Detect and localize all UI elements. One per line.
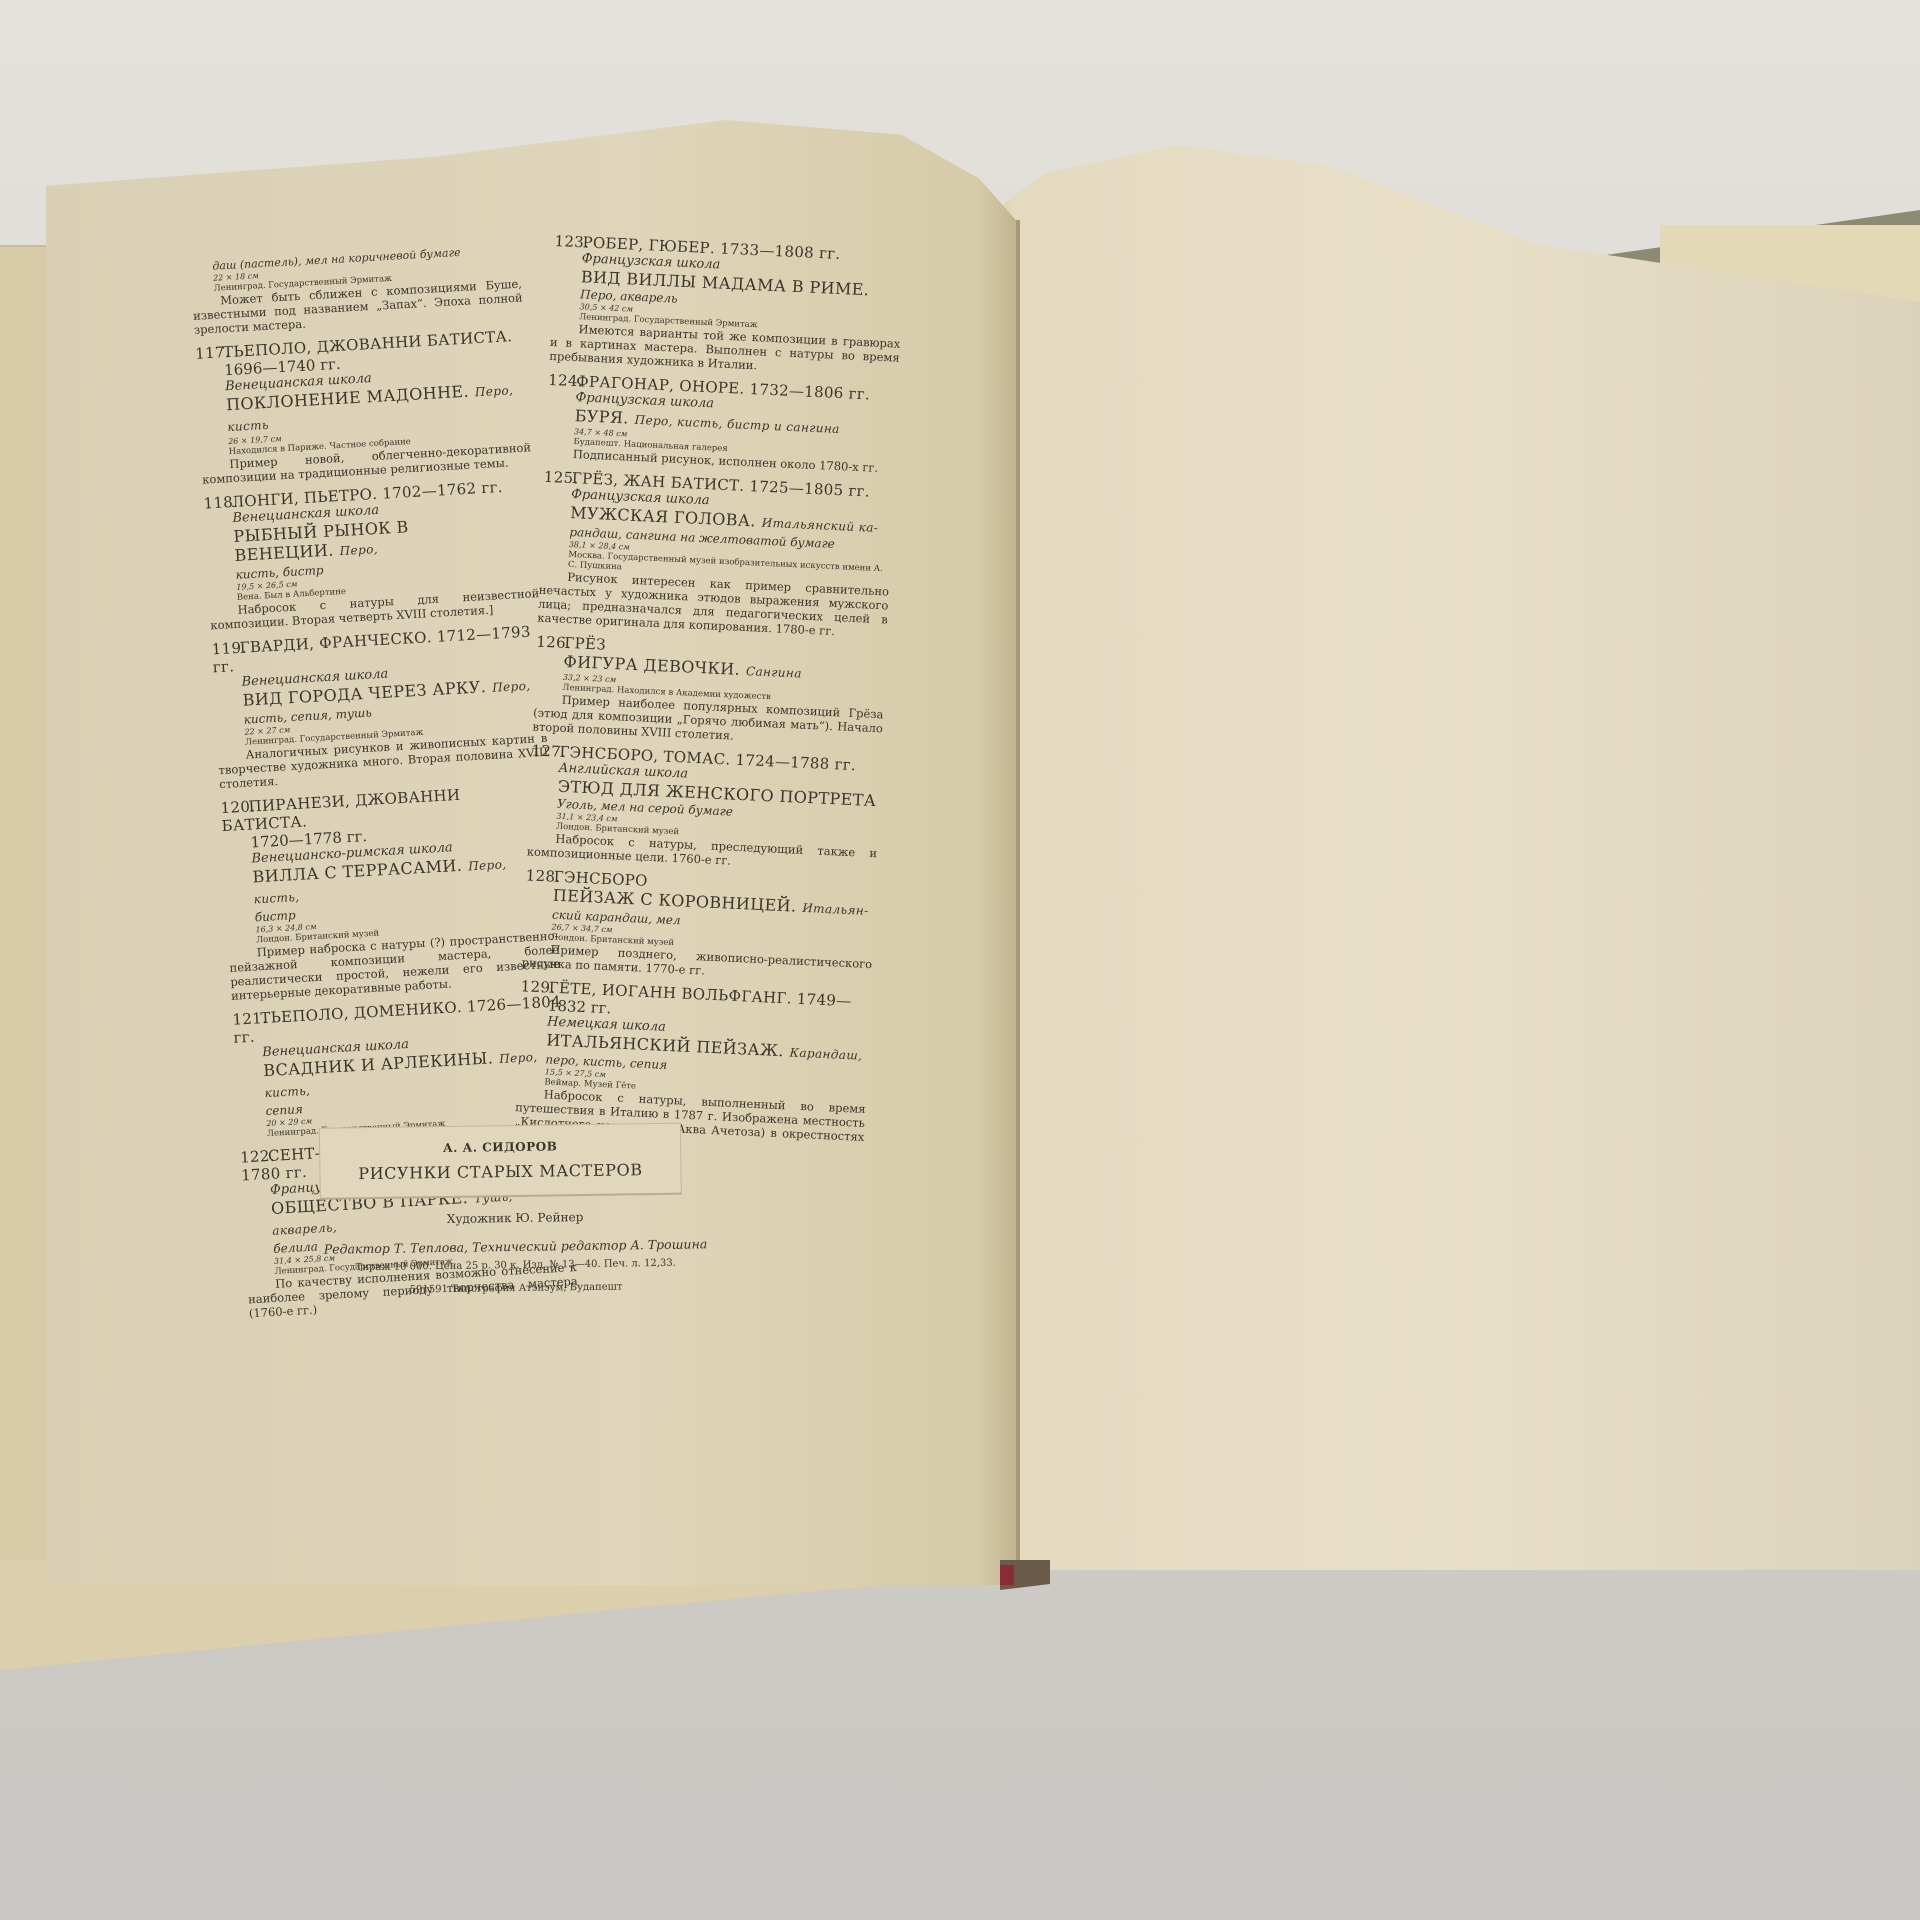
catalog-entry-127: 127.ГЭНСБОРО, ТОМАС. 1724—1788 гг. Англи… — [527, 741, 882, 874]
catalog-entry-120: 120.ПИРАНЕЗИ, ДЖОВАННИ БАТИСТА. 1720—177… — [220, 781, 561, 1003]
headband — [1000, 1565, 1014, 1585]
catalog-entry-117: 117.ТЬЕПОЛО, ДЖОВАННИ БАТИСТА. 1696—1740… — [195, 326, 532, 486]
editors-credit: Редактор Т. Теплова, Технический редакто… — [290, 1236, 740, 1257]
book-title: РИСУНКИ СТАРЫХ МАСТЕРОВ — [330, 1160, 670, 1184]
catalog-entry-128: 128.ГЭНСБОРО ПЕЙЗАЖ С КОРОВНИЦЕЙ.Итальян… — [522, 866, 876, 985]
right-column: 123.РОБЕР, ГЮБЕР. 1733—1808 гг. Французс… — [513, 232, 904, 1166]
book-author: А. А. СИДОРОВ — [330, 1138, 670, 1157]
entry-number: 121. — [232, 1009, 261, 1029]
entry-medium: Карандаш, — [789, 1045, 862, 1062]
entry-number: 118. — [203, 493, 232, 513]
entry-number: 117. — [195, 343, 224, 363]
entry-number: 129. — [520, 977, 549, 996]
entry-author: ГРЁЗ — [564, 634, 606, 654]
colophon: А. А. СИДОРОВ РИСУНКИ СТАРЫХ МАСТЕРОВ Ху… — [289, 1122, 741, 1297]
entry-number: 126. — [536, 633, 565, 652]
entry-number: 119. — [211, 639, 240, 659]
entry-number: 120. — [220, 798, 249, 818]
book-gutter — [1016, 220, 1020, 1570]
entry-medium: Перо, — [339, 542, 378, 558]
artist-credit: Художник Ю. Рейнер — [290, 1208, 740, 1228]
entry-medium: Итальян- — [802, 901, 869, 918]
catalog-entry-123: 123.РОБЕР, ГЮБЕР. 1733—1808 гг. Французс… — [549, 232, 905, 379]
entry-number: 122. — [240, 1147, 269, 1167]
entry-number: 125. — [543, 468, 572, 487]
right-blank-page — [968, 145, 1920, 1570]
entry-title: БУРЯ. — [574, 406, 629, 427]
title-box: А. А. СИДОРОВ РИСУНКИ СТАРЫХ МАСТЕРОВ — [319, 1123, 682, 1200]
catalog-entry-118: 118.ЛОНГИ, ПЬЕТРО. 1702—1762 гг. Венециа… — [203, 476, 540, 632]
entry-number: 124. — [548, 371, 577, 390]
entry-medium: Итальянский ка- — [762, 516, 879, 535]
entry-number: 123. — [554, 232, 583, 251]
catalog-entry-126: 126.ГРЁЗ ФИГУРА ДЕВОЧКИ.Сангина 33,2 × 2… — [532, 633, 886, 750]
print-info: Тираж 10 000. Цена 25 р. 30 к. Изд. № 13… — [291, 1257, 741, 1274]
catalog-entry-125: 125.ГРЁЗ, ЖАН БАТИСТ. 1725—1805 гг. Фран… — [537, 468, 894, 641]
entry-medium: Сангина — [746, 664, 802, 681]
catalog-entry-124: 124.ФРАГОНАР, ОНОРЕ. 1732—1806 гг. Франц… — [545, 371, 899, 476]
entry-number: 127. — [531, 741, 560, 760]
entry-number: 128. — [525, 866, 554, 885]
entry-medium: Перо, — [492, 679, 531, 695]
catalog-entry-119: 119.ГВАРДИ, ФРАНЧЕСКО. 1712—1793 гг. Вен… — [211, 622, 549, 791]
